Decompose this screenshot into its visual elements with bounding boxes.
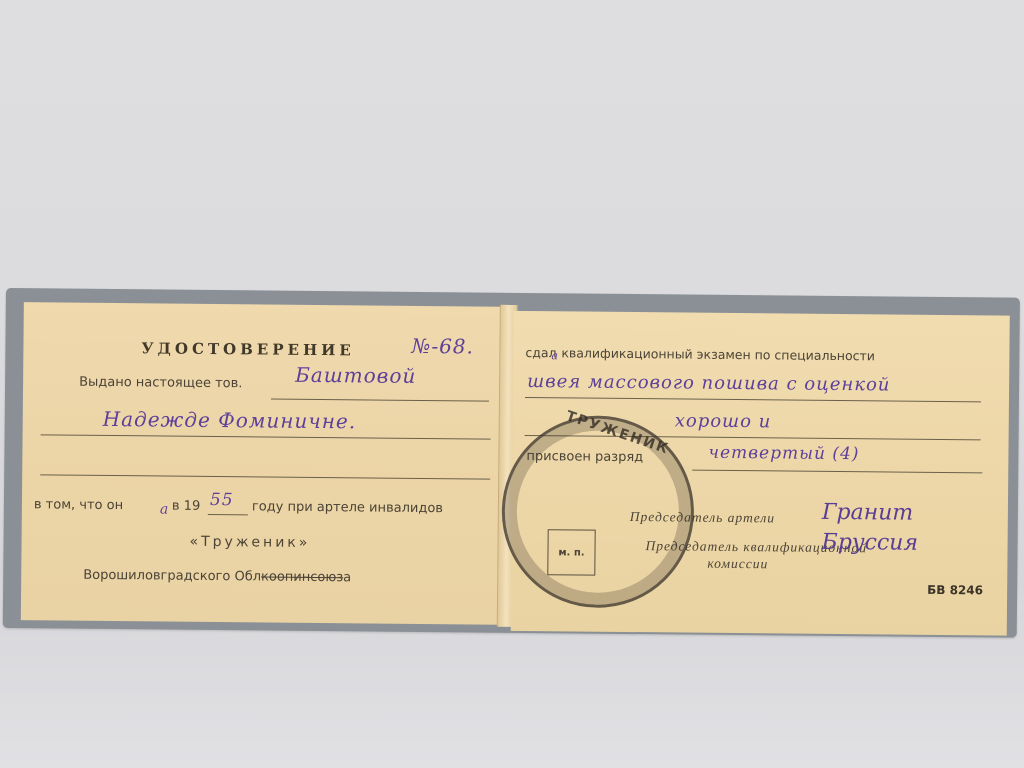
exam-gender-suffix: а — [551, 349, 559, 362]
artel-name: «Труженик» — [189, 534, 310, 551]
grade-value: хорошо и — [675, 410, 772, 432]
holder-surname: Баштовой — [295, 363, 416, 388]
right-page: сдал а квалификационный экзамен по специ… — [511, 311, 1010, 636]
chairman-commission-signature: Бруссия — [821, 530, 918, 556]
blank-line — [40, 474, 490, 479]
chairman-artel-signature: Гранит — [822, 500, 914, 526]
issued-label: Выдано настоящее тов. — [79, 375, 243, 392]
left-page: УДОСТОВЕРЕНИЕ №-68. Выдано настоящее тов… — [21, 302, 502, 625]
exam-text: квалификационный экзамен по специальност… — [561, 345, 875, 363]
surname-line — [271, 399, 489, 402]
org-ending: а — [343, 570, 351, 585]
statement-rest: году при артеле инвалидов — [252, 499, 443, 516]
rank-value: четвертый (4) — [708, 443, 859, 464]
gender-suffix: а — [160, 501, 170, 517]
serial-number: БВ 8246 — [927, 583, 983, 598]
name-line — [41, 434, 491, 439]
stamp-text: ТРУЖЕНИК — [564, 408, 672, 458]
specialty-value: швея массового пошива с оценкой — [527, 371, 891, 395]
round-stamp: ТРУЖЕНИК — [501, 415, 695, 609]
year-line — [208, 514, 248, 515]
certificate-title: УДОСТОВЕРЕНИЕ — [141, 339, 355, 359]
commission-label: комиссии — [707, 556, 768, 573]
org-struck-text: коопинсоюз — [261, 569, 343, 585]
statement-prefix: в том, что он — [34, 497, 123, 513]
holder-name: Надежде Фоминичне. — [103, 407, 357, 433]
specialty-line — [525, 397, 981, 402]
certificate-number: №-68. — [411, 334, 474, 359]
year-value: 55 — [210, 490, 234, 510]
statement-in: в 19 — [172, 499, 200, 514]
org-line: Ворошиловградского Облкоопинсоюза — [83, 568, 351, 586]
certificate-booklet: УДОСТОВЕРЕНИЕ №-68. Выдано настоящее тов… — [3, 288, 1022, 644]
rank-line — [692, 470, 982, 474]
org-text: Ворошиловградского Обл — [83, 568, 261, 585]
